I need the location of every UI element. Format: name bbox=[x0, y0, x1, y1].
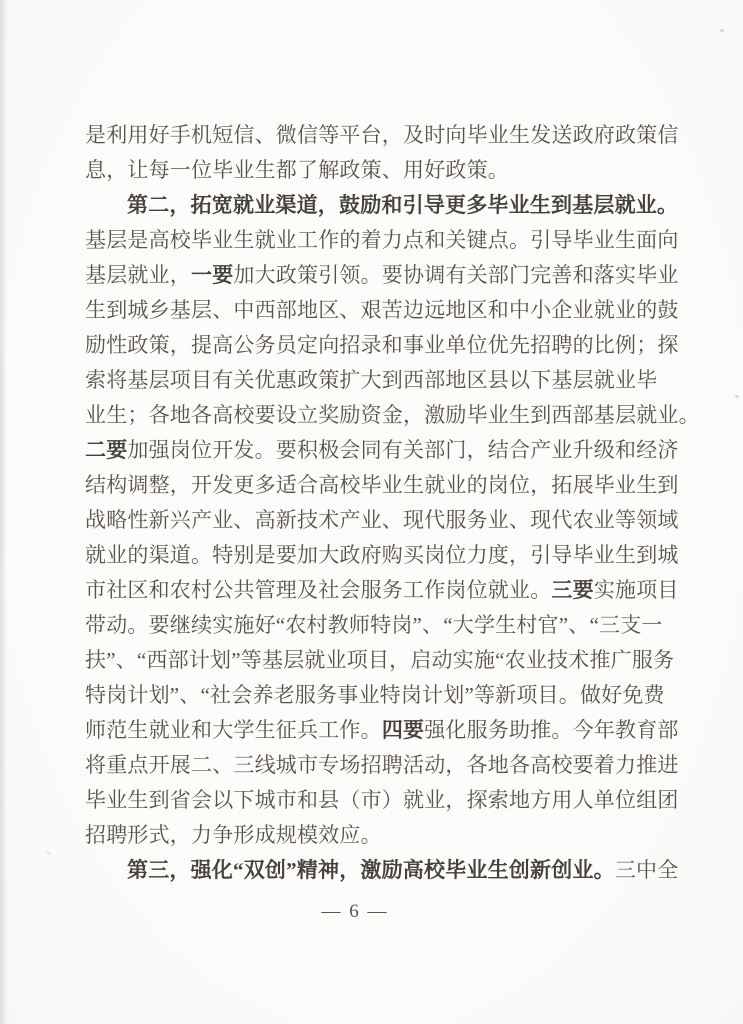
text-line: 索将基层项目有关优惠政策扩大到西部地区县以下基层就业毕 bbox=[85, 363, 673, 398]
text-segment: 索将基层项目有关优惠政策扩大到西部地区县以下基层就业毕 bbox=[85, 368, 657, 392]
text-line: 毕业生到省会以下城市和县（市）就业，探索地方用人单位组团 bbox=[85, 783, 673, 818]
emphasis-text-segment: 一要 bbox=[191, 263, 233, 287]
text-segment: 就业的渠道。特别是要加大政府购买岗位力度，引导毕业生到城 bbox=[85, 543, 679, 567]
text-line: 特岗计划”、“社会养老服务事业特岗计划”等新项目。做好免费 bbox=[85, 678, 673, 713]
text-segment: 师范生就业和大学生征兵工作。 bbox=[85, 718, 382, 742]
text-segment: 是利用好手机短信、微信等平台，及时向毕业生发送政府政策信 bbox=[85, 123, 679, 147]
text-segment: 将重点开展二、三线城市专场招聘活动，各地各高校要着力推进 bbox=[85, 753, 679, 777]
text-segment: 加强岗位开发。要积极会同有关部门，结合产业升级和经济 bbox=[127, 438, 678, 462]
text-segment: 带动。要继续实施好“农村教师特岗”、“大学生村官”、“三支一 bbox=[85, 613, 663, 637]
text-segment: 强化服务助推。今年教育部 bbox=[424, 718, 678, 742]
emphasis-text-segment: 三要 bbox=[551, 578, 593, 602]
text-line: 第三，强化“双创”精神，激励高校毕业生创新创业。三中全 bbox=[85, 853, 673, 888]
text-line: 励性政策，提高公务员定向招录和事业单位优先招聘的比例；探 bbox=[85, 328, 673, 363]
emphasis-text-segment: 第二，拓宽就业渠道，鼓励和引导更多毕业生到基层就业。 bbox=[127, 193, 678, 217]
emphasis-text-segment: 四要 bbox=[382, 718, 424, 742]
emphasis-text-segment: 第三，强化“双创”精神，激励高校毕业生创新创业。 bbox=[127, 858, 615, 882]
text-segment: 毕业生到省会以下城市和县（市）就业，探索地方用人单位组团 bbox=[85, 788, 679, 812]
text-line: 师范生就业和大学生征兵工作。四要强化服务助推。今年教育部 bbox=[85, 713, 673, 748]
text-line: 扶”、“西部计划”等基层就业项目，启动实施“农业技术推广服务 bbox=[85, 643, 673, 678]
text-line: 业生；各地各高校要设立奖励资金，激励毕业生到西部基层就业。 bbox=[85, 398, 673, 433]
text-segment: 基层是高校毕业生就业工作的着力点和关键点。引导毕业生面向 bbox=[85, 228, 679, 252]
text-segment: 实施项目 bbox=[594, 578, 679, 602]
text-segment: 息，让每一位毕业生都了解政策、用好政策。 bbox=[85, 158, 509, 182]
text-segment: 市社区和农村公共管理及社会服务工作岗位就业。 bbox=[85, 578, 551, 602]
text-line: 是利用好手机短信、微信等平台，及时向毕业生发送政府政策信 bbox=[85, 118, 673, 153]
text-line: 招聘形式，力争形成规模效应。 bbox=[85, 818, 673, 853]
text-line: 市社区和农村公共管理及社会服务工作岗位就业。三要实施项目 bbox=[85, 573, 673, 608]
text-line: 结构调整，开发更多适合高校毕业生就业的岗位，拓展毕业生到 bbox=[85, 468, 673, 503]
text-line: 将重点开展二、三线城市专场招聘活动，各地各高校要着力推进 bbox=[85, 748, 673, 783]
text-line: 第二，拓宽就业渠道，鼓励和引导更多毕业生到基层就业。 bbox=[85, 188, 673, 223]
text-line: 息，让每一位毕业生都了解政策、用好政策。 bbox=[85, 153, 673, 188]
text-segment: 结构调整，开发更多适合高校毕业生就业的岗位，拓展毕业生到 bbox=[85, 473, 679, 497]
text-line: 战略性新兴产业、高新技术产业、现代服务业、现代农业等领域 bbox=[85, 503, 673, 538]
text-segment: 加大政策引领。要协调有关部门完善和落实毕业 bbox=[233, 263, 678, 287]
text-segment: 扶”、“西部计划”等基层就业项目，启动实施“农业技术推广服务 bbox=[85, 648, 674, 672]
text-line: 二要加强岗位开发。要积极会同有关部门，结合产业升级和经济 bbox=[85, 433, 673, 468]
text-segment: 基层就业， bbox=[85, 263, 191, 287]
text-line: 基层就业，一要加大政策引领。要协调有关部门完善和落实毕业 bbox=[85, 258, 673, 293]
emphasis-text-segment: 二要 bbox=[85, 438, 127, 462]
text-segment: 三中全 bbox=[615, 858, 679, 882]
scanned-document-page: { "page": { "number_label": "— 6 —", "pa… bbox=[0, 0, 743, 1024]
page-number: — 6 — bbox=[322, 901, 389, 922]
text-line: 带动。要继续实施好“农村教师特岗”、“大学生村官”、“三支一 bbox=[85, 608, 673, 643]
page-footer: — 6 — bbox=[0, 901, 710, 923]
document-body: 是利用好手机短信、微信等平台，及时向毕业生发送政府政策信息，让每一位毕业生都了解… bbox=[85, 118, 673, 888]
text-line: 生到城乡基层、中西部地区、艰苦边远地区和中小企业就业的鼓 bbox=[85, 293, 673, 328]
text-line: 基层是高校毕业生就业工作的着力点和关键点。引导毕业生面向 bbox=[85, 223, 673, 258]
text-segment: 生到城乡基层、中西部地区、艰苦边远地区和中小企业就业的鼓 bbox=[85, 298, 679, 322]
text-segment: 特岗计划”、“社会养老服务事业特岗计划”等新项目。做好免费 bbox=[85, 683, 665, 707]
text-segment: 招聘形式，力争形成规模效应。 bbox=[85, 823, 382, 847]
text-segment: 业生；各地各高校要设立奖励资金，激励毕业生到西部基层就业。 bbox=[85, 403, 700, 427]
text-segment: 战略性新兴产业、高新技术产业、现代服务业、现代农业等领域 bbox=[85, 508, 679, 532]
text-line: 就业的渠道。特别是要加大政府购买岗位力度，引导毕业生到城 bbox=[85, 538, 673, 573]
text-segment: 励性政策，提高公务员定向招录和事业单位优先招聘的比例；探 bbox=[85, 333, 679, 357]
